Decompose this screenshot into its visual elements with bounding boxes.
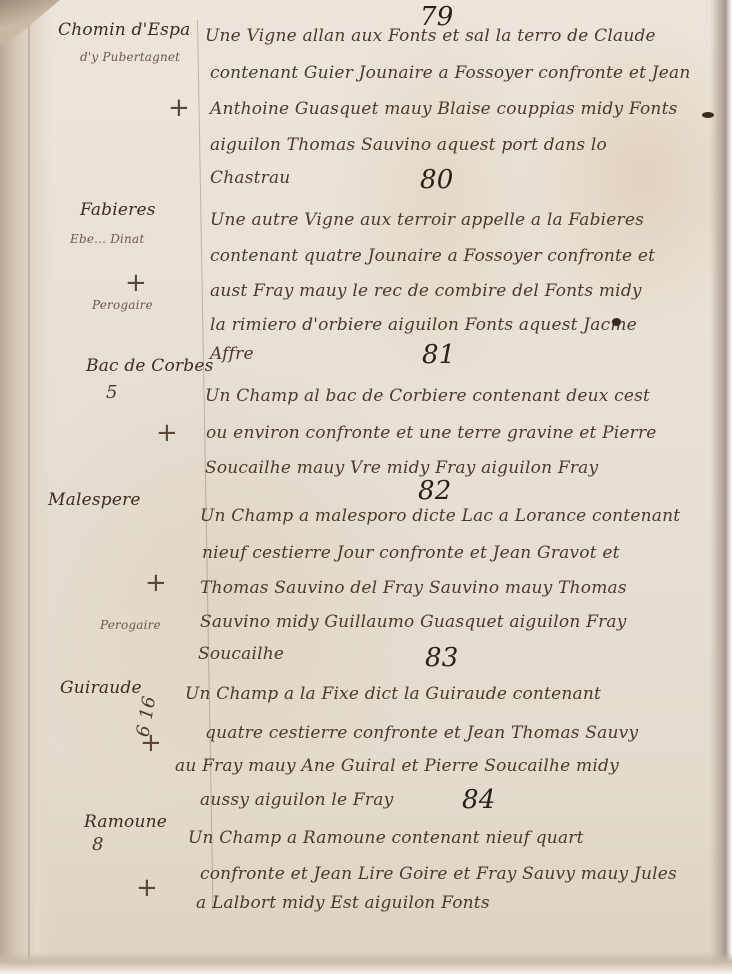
- entry-line: contenant Guier Jounaire a Fossoyer conf…: [210, 65, 691, 82]
- right-page-shadow: [710, 0, 732, 974]
- entry-line: Anthoine Guasquet mauy Blaise couppias m…: [210, 101, 678, 118]
- bottom-page-edge: [0, 952, 732, 974]
- entry-line: ou environ confronte et une terre gravin…: [206, 425, 657, 442]
- entry-line: Soucailhe: [198, 646, 284, 663]
- entry-line: Un Champ a malesporo dicte Lac a Lorance…: [200, 508, 680, 525]
- ink-blot: [702, 112, 714, 118]
- entry-number: 81: [422, 340, 455, 370]
- entry-line: aiguilon Thomas Sauvino aquest port dans…: [210, 137, 607, 154]
- entry-line: a Lalbort midy Est aiguilon Fonts: [196, 895, 490, 912]
- margin-number: 8: [92, 834, 104, 855]
- entry-line: au Fray mauy Ane Guiral et Pierre Soucai…: [175, 758, 619, 775]
- entry-line: Thomas Sauvino del Fray Sauvino mauy Tho…: [200, 580, 627, 597]
- entry-number: 84: [462, 785, 495, 815]
- torn-edge: [6, 0, 30, 974]
- entry-line: Un Champ a la Fixe dict la Guiraude cont…: [185, 686, 601, 703]
- margin-place-name: Fabieres: [80, 200, 156, 220]
- margin-place-name: Malespere: [48, 490, 141, 510]
- margin-place-name: Ramoune: [84, 812, 167, 832]
- margin-cross-mark: +: [145, 570, 167, 596]
- entry-line: contenant quatre Jounaire a Fossoyer con…: [210, 248, 655, 265]
- margin-place-name: Guiraude: [60, 678, 142, 698]
- margin-place-name: Chomin d'Espa: [58, 20, 190, 40]
- entry-line: Affre: [210, 346, 254, 363]
- entry-line: Soucailhe mauy Vre midy Fray aiguilon Fr…: [205, 460, 598, 477]
- entry-line: aussy aiguilon le Fray: [200, 792, 393, 809]
- ink-blot: [612, 318, 621, 326]
- entry-line: Chastrau: [210, 170, 290, 187]
- entry-line: Un Champ a Ramoune contenant nieuf quart: [188, 830, 584, 847]
- entry-line: Un Champ al bac de Corbiere contenant de…: [205, 388, 650, 405]
- entry-line: confronte et Jean Lire Goire et Fray Sau…: [200, 866, 677, 883]
- entry-number: 83: [425, 643, 458, 673]
- entry-line: quatre cestierre confronte et Jean Thoma…: [205, 725, 638, 742]
- margin-note: Ebe... Dinat: [70, 232, 144, 246]
- margin-note: d'y Pubertagnet: [80, 50, 180, 64]
- margin-cross-mark: +: [168, 95, 190, 121]
- entry-number: 82: [418, 476, 451, 506]
- manuscript-page: 79 Chomin d'Espa d'y Pubertagnet + Une V…: [0, 0, 732, 974]
- margin-cross-mark: +: [156, 420, 178, 446]
- entry-line: la rimiero d'orbiere aiguilon Fonts aque…: [210, 317, 637, 334]
- margin-cross-mark: +: [125, 270, 147, 296]
- margin-number: 5: [106, 382, 118, 403]
- entry-line: Une autre Vigne aux terroir appelle a la…: [210, 212, 644, 229]
- margin-note: Perogaire: [100, 618, 161, 632]
- margin-cross-mark: +: [136, 875, 158, 901]
- entry-line: nieuf cestierre Jour confronte et Jean G…: [202, 545, 620, 562]
- entry-number: 80: [420, 165, 453, 195]
- entry-line: aust Fray mauy le rec de combire del Fon…: [210, 283, 642, 300]
- margin-note: Perogaire: [92, 298, 153, 312]
- entry-line: Une Vigne allan aux Fonts et sal la terr…: [205, 28, 656, 45]
- margin-cross-mark: +: [140, 730, 162, 756]
- entry-line: Sauvino midy Guillaumo Guasquet aiguilon…: [200, 614, 627, 631]
- margin-place-name: Bac de Corbes: [86, 356, 214, 376]
